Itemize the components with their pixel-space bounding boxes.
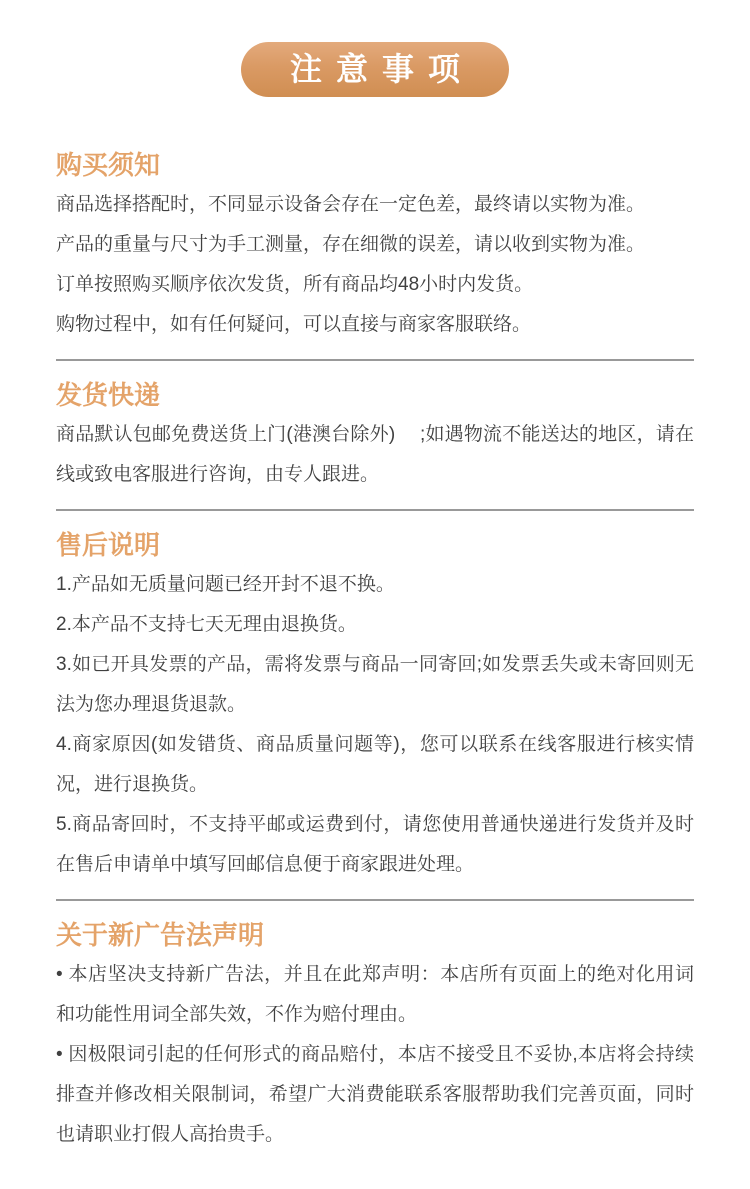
notice-paragraph: 购物过程中，如有任何疑问，可以直接与商家客服联络。: [56, 305, 694, 345]
section-divider: [56, 509, 694, 511]
section-title-purchase-notice: 购买须知: [56, 145, 694, 185]
section-divider: [56, 899, 694, 901]
notice-paragraph: • 因极限词引起的任何形式的商品赔付，本店不接受且不妥协,本店将会持续排查并修改…: [56, 1035, 694, 1155]
notice-paragraph: • 本店坚决支持新广告法，并且在此郑声明：本店所有页面上的绝对化用词和功能性用词…: [56, 955, 694, 1035]
notice-paragraph: 5.商品寄回时，不支持平邮或运费到付，请您使用普通快递进行发货并及时在售后申请单…: [56, 805, 694, 885]
notice-content: 购买须知 商品选择搭配时，不同显示设备会存在一定色差，最终请以实物为准。 产品的…: [0, 145, 750, 1155]
section-shipping-express: 发货快递 商品默认包邮免费送货上门(港澳台除外) ;如遇物流不能送达的地区，请在…: [56, 375, 694, 495]
section-title-shipping-express: 发货快递: [56, 375, 694, 415]
notice-paragraph: 1.产品如无质量问题已经开封不退不换。: [56, 565, 694, 605]
notice-paragraph: 订单按照购买顺序依次发货，所有商品均48小时内发货。: [56, 265, 694, 305]
section-purchase-notice: 购买须知 商品选择搭配时，不同显示设备会存在一定色差，最终请以实物为准。 产品的…: [56, 145, 694, 345]
section-title-ad-law-statement: 关于新广告法声明: [56, 915, 694, 955]
notice-paragraph: 商品选择搭配时，不同显示设备会存在一定色差，最终请以实物为准。: [56, 185, 694, 225]
section-after-sales: 售后说明 1.产品如无质量问题已经开封不退不换。 2.本产品不支持七天无理由退换…: [56, 525, 694, 885]
notice-title-badge: 注意事项: [241, 42, 509, 97]
section-divider: [56, 359, 694, 361]
section-ad-law-statement: 关于新广告法声明 • 本店坚决支持新广告法，并且在此郑声明：本店所有页面上的绝对…: [56, 915, 694, 1155]
section-title-after-sales: 售后说明: [56, 525, 694, 565]
header: 注意事项: [0, 42, 750, 97]
notice-paragraph: 商品默认包邮免费送货上门(港澳台除外) ;如遇物流不能送达的地区，请在线或致电客…: [56, 415, 694, 495]
notice-paragraph: 4.商家原因(如发错货、商品质量问题等)，您可以联系在线客服进行核实情况，进行退…: [56, 725, 694, 805]
notice-page: 注意事项 购买须知 商品选择搭配时，不同显示设备会存在一定色差，最终请以实物为准…: [0, 0, 750, 1155]
notice-paragraph: 产品的重量与尺寸为手工测量，存在细微的误差，请以收到实物为准。: [56, 225, 694, 265]
page-title: 注意事项: [290, 51, 474, 87]
notice-paragraph: 3.如已开具发票的产品，需将发票与商品一同寄回;如发票丢失或未寄回则无法为您办理…: [56, 645, 694, 725]
notice-paragraph: 2.本产品不支持七天无理由退换货。: [56, 605, 694, 645]
